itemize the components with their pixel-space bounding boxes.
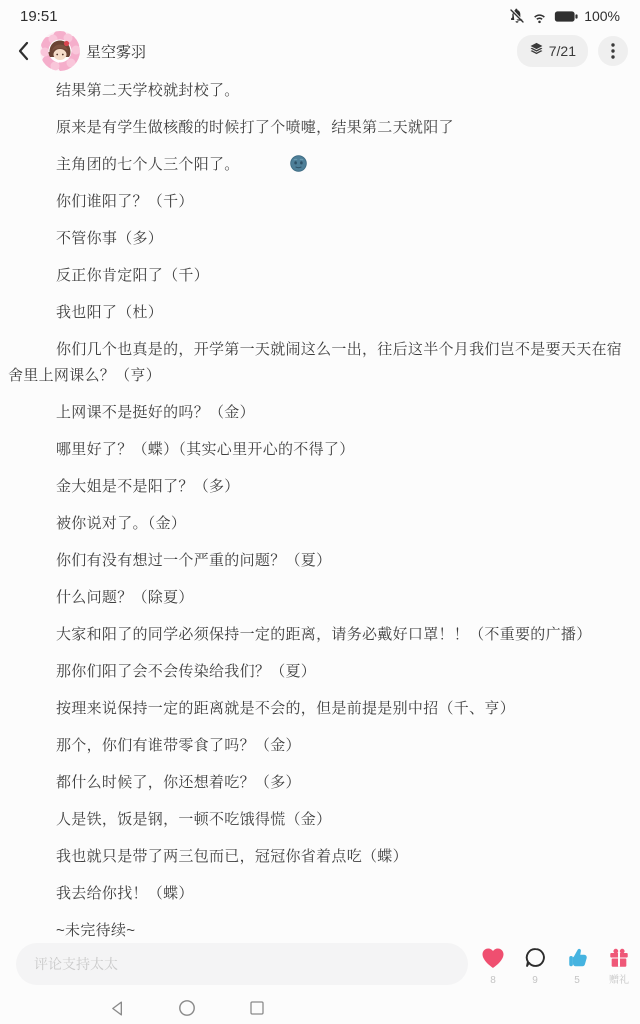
action-buttons: 8 9 5 赠礼 <box>472 940 640 992</box>
story-paragraph-text: 我也就只是带了两三包而已，冠冠你省着点吃（蝶） <box>56 848 408 865</box>
story-paragraph: 大家和阳了的同学必须保持一定的距离，请务必戴好口罩！！（不重要的广播） <box>8 622 632 648</box>
story-paragraph: 我去给你找！（蝶） <box>8 881 632 907</box>
more-menu-button[interactable] <box>598 36 628 66</box>
story-paragraph-text: 人是铁，饭是钢，一顿不吃饿得慌（金） <box>56 811 331 828</box>
author-username[interactable]: 星空雾羽 <box>86 41 146 62</box>
story-paragraph-text: 大家和阳了的同学必须保持一定的距离，请务必戴好口罩！！（不重要的广播） <box>56 626 592 643</box>
nav-home-button[interactable] <box>175 996 199 1020</box>
story-paragraph-text: 上网课不是挺好的吗？（金） <box>56 404 255 421</box>
comment-input[interactable] <box>16 943 468 985</box>
story-paragraph: 哪里好了？（蝶）（其实心里开心的不得了） <box>8 437 632 463</box>
story-paragraph-text: 我去给你找！（蝶） <box>56 885 194 902</box>
story-paragraph-text: 按理来说保持一定的距离就是不会的，但是前提是别中招（千、亨） <box>56 700 515 717</box>
clock: 19:51 <box>20 8 58 25</box>
gift-label: 赠礼 <box>609 976 629 986</box>
story-paragraph: 结果第二天学校就封校了。 <box>8 78 632 104</box>
story-paragraph-text: ~未完待续~ <box>56 922 135 939</box>
story-paragraph: 什么问题？（除夏） <box>8 585 632 611</box>
story-paragraph-text: 哪里好了？（蝶）（其实心里开心的不得了） <box>56 441 355 458</box>
story-paragraph: 那你们阳了会不会传染给我们？（夏） <box>8 659 632 685</box>
recommend-count: 5 <box>574 976 580 986</box>
mute-bell-icon <box>509 8 525 24</box>
story-paragraph: 我也就只是带了两三包而已，冠冠你省着点吃（蝶） <box>8 844 632 870</box>
comment-count: 9 <box>532 976 538 986</box>
author-avatar[interactable] <box>40 31 80 71</box>
heart-icon <box>481 947 505 974</box>
chapter-progress-label: 7/21 <box>549 43 576 59</box>
story-paragraph-text: 反正你肯定阳了（千） <box>56 267 209 284</box>
story-paragraph-text: 你们谁阳了？（千） <box>56 193 194 210</box>
story-paragraph-text: 被你说对了。（金） <box>56 515 186 532</box>
story-paragraph-text: 什么问题？（除夏） <box>56 589 194 606</box>
nav-recents-button[interactable] <box>245 996 269 1020</box>
story-paragraph: 上网课不是挺好的吗？（金） <box>8 400 632 426</box>
story-paragraph-text: 你们几个也真是的，开学第一天就闹这么一出，往后这半个月我们岂不是要天天在宿舍里上… <box>8 341 622 384</box>
comment-bubble-icon <box>524 946 547 974</box>
back-button[interactable] <box>12 37 34 65</box>
wifi-icon <box>531 9 548 24</box>
status-bar: 19:51 100% <box>0 0 640 28</box>
story-paragraph: 金大姐是不是阳了？（多） <box>8 474 632 500</box>
story-paragraph: 都什么时候了，你还想着吃？（多） <box>8 770 632 796</box>
story-paragraph: 我也阳了（杜） <box>8 300 632 326</box>
story-paragraph-text: 原来是有学生做核酸的时候打了个喷嚏，结果第二天就阳了 <box>56 119 454 136</box>
story-paragraph: 那个，你们有谁带零食了吗？（金） <box>8 733 632 759</box>
story-paragraph-text: 不管你事（多） <box>56 230 163 247</box>
story-paragraph: 原来是有学生做核酸的时候打了个喷嚏，结果第二天就阳了 <box>8 115 632 141</box>
story-paragraph: 主角团的七个人三个阳了。 <box>8 152 632 178</box>
chapter-progress-pill[interactable]: 7/21 <box>517 35 588 67</box>
story-paragraph-text: 我也阳了（杜） <box>56 304 163 321</box>
battery-icon <box>554 10 578 23</box>
status-icons: 100% <box>509 8 620 24</box>
story-paragraph-text: 金大姐是不是阳了？（多） <box>56 478 240 495</box>
nav-back-button[interactable] <box>105 996 129 1020</box>
story-paragraph: 按理来说保持一定的距离就是不会的，但是前提是别中招（千、亨） <box>8 696 632 722</box>
heart-button[interactable]: 8 <box>472 940 514 992</box>
battery-percent-label: 100% <box>584 8 620 24</box>
thumb-up-icon <box>566 947 589 974</box>
reader-screen: 19:51 100% <box>0 0 640 1024</box>
android-nav-bar <box>0 992 640 1024</box>
story-paragraph: 不管你事（多） <box>8 226 632 252</box>
story-paragraph: 你们几个也真是的，开学第一天就闹这么一出，往后这半个月我们岂不是要天天在宿舍里上… <box>8 337 632 389</box>
story-paragraph-text: 结果第二天学校就封校了。 <box>56 82 240 99</box>
story-paragraph-text: 都什么时候了，你还想着吃？（多） <box>56 774 301 791</box>
gift-icon <box>608 947 630 974</box>
chapters-stack-icon <box>529 41 544 61</box>
comment-button[interactable]: 9 <box>514 940 556 992</box>
story-paragraph: 反正你肯定阳了（千） <box>8 263 632 289</box>
moon-face-emoji <box>242 155 259 172</box>
recommend-button[interactable]: 5 <box>556 940 598 992</box>
gift-button[interactable]: 赠礼 <box>598 940 640 992</box>
story-paragraph-text: 你们有没有想过一个严重的问题？（夏） <box>56 552 331 569</box>
story-paragraph: 你们有没有想过一个严重的问题？（夏） <box>8 548 632 574</box>
story-paragraph: 你们谁阳了？（千） <box>8 189 632 215</box>
reader-header: 星空雾羽 7/21 <box>0 28 640 74</box>
story-content: 结果第二天学校就封校了。原来是有学生做核酸的时候打了个喷嚏，结果第二天就阳了主角… <box>0 74 640 944</box>
comment-bar: 8 9 5 赠礼 <box>0 940 640 992</box>
story-paragraph-text: 那你们阳了会不会传染给我们？（夏） <box>56 663 316 680</box>
story-paragraph: 被你说对了。（金） <box>8 511 632 537</box>
story-paragraph-text: 那个，你们有谁带零食了吗？（金） <box>56 737 301 754</box>
story-paragraph: 人是铁，饭是钢，一顿不吃饿得慌（金） <box>8 807 632 833</box>
story-paragraph-text: 主角团的七个人三个阳了。 <box>56 156 240 173</box>
heart-count: 8 <box>490 976 496 986</box>
